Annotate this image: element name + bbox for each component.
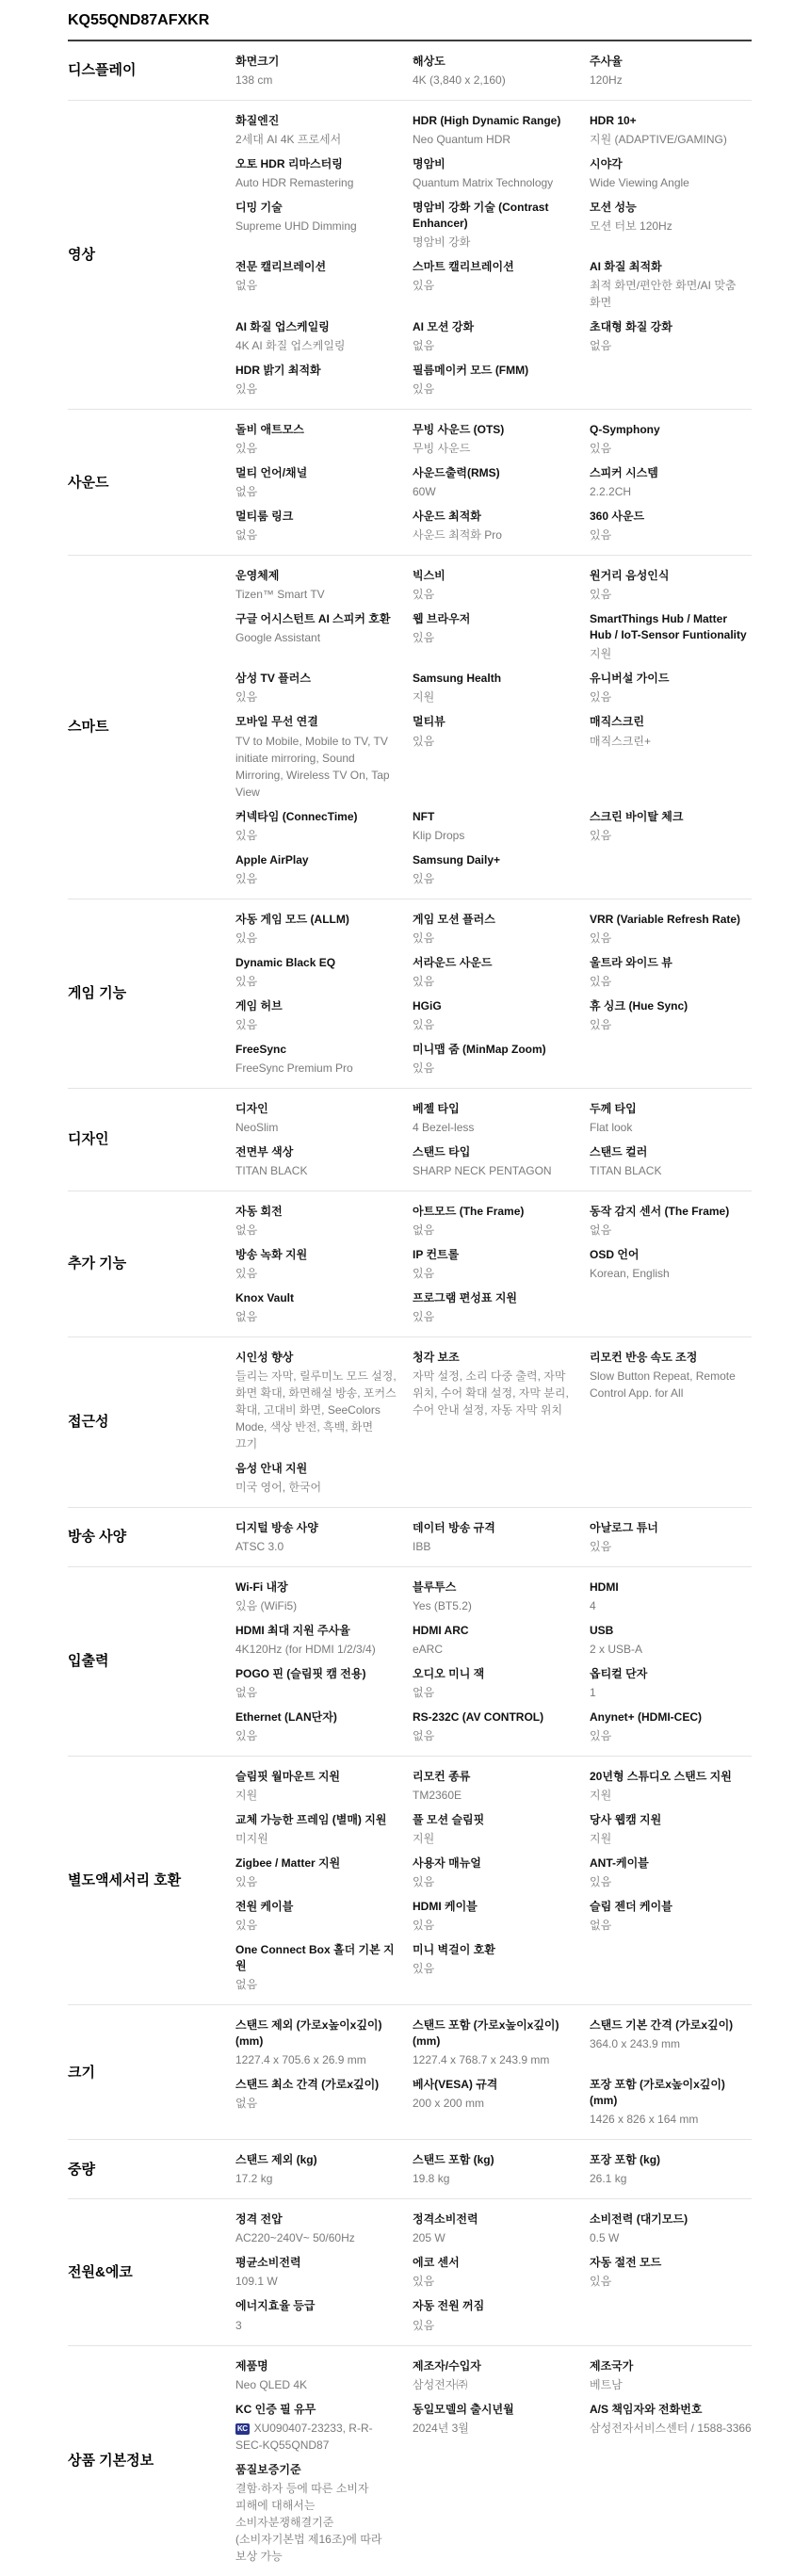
spec-value: 결함·하자 등에 따른 소비자 피해에 대해서는 소비자분쟁해결기준(소비자기본… <box>235 2480 397 2565</box>
spec-title: 전면부 색상 <box>235 1144 397 1160</box>
spec-item: 스탠드 포함 (kg)19.8 kg <box>413 2152 575 2187</box>
spec-title: 정격소비전력 <box>413 2211 575 2228</box>
spec-item: 음성 안내 지원미국 영어, 한국어 <box>235 1461 397 1496</box>
spec-value: 26.1 kg <box>590 2170 752 2187</box>
spec-item: 스탠드 타입SHARP NECK PENTAGON <box>413 1144 575 1179</box>
spec-row: 평균소비전력109.1 W에코 센서있음자동 절전 모드있음 <box>235 2255 752 2290</box>
spec-item: 블루투스Yes (BT5.2) <box>413 1580 575 1614</box>
section-content: 화면크기138 cm해상도4K (3,840 x 2,160)주사율120Hz <box>235 54 752 89</box>
spec-value: 205 W <box>413 2229 575 2246</box>
spec-value: 없음 <box>235 277 397 294</box>
spec-value: 있음 (WiFi5) <box>235 1597 397 1614</box>
spec-row: 디밍 기술Supreme UHD Dimming명암비 강화 기술 (Contr… <box>235 200 752 251</box>
spec-item: AI 화질 업스케일링4K AI 화질 업스케일링 <box>235 319 397 354</box>
spec-title: 제조자/수입자 <box>413 2358 575 2374</box>
spec-item: 방송 녹화 지원있음 <box>235 1247 397 1282</box>
spec-title: 슬림핏 월마운트 지원 <box>235 1769 397 1785</box>
spec-item: Samsung Health지원 <box>413 671 575 705</box>
spec-value: 있음 <box>235 870 397 887</box>
spec-value: 있음 <box>235 689 397 705</box>
spec-value: FreeSync Premium Pro <box>235 1060 397 1077</box>
spec-item: 화질엔진2세대 AI 4K 프로세서 <box>235 113 397 148</box>
spec-item: 모션 성능모션 터보 120Hz <box>590 200 752 251</box>
spec-value: 364.0 x 243.9 mm <box>590 2035 752 2052</box>
spec-value: 없음 <box>235 1308 397 1325</box>
spec-item: 디자인NeoSlim <box>235 1101 397 1136</box>
spec-item: 베사(VESA) 규격200 x 200 mm <box>413 2077 575 2128</box>
spec-title: 제조국가 <box>590 2358 752 2374</box>
spec-item: Zigbee / Matter 지원있음 <box>235 1855 397 1890</box>
spec-item: 슬림 젠더 케이블없음 <box>590 1899 752 1934</box>
spec-page: KQ55QND87AFXKR 디스플레이 화면크기138 cm해상도4K (3,… <box>68 0 752 2576</box>
spec-title: FreeSync <box>235 1042 397 1058</box>
spec-value: 있음 <box>590 827 752 844</box>
spec-value: 있음 <box>590 1538 752 1555</box>
spec-title: 삼성 TV 플러스 <box>235 671 397 687</box>
spec-title: 화질엔진 <box>235 113 397 129</box>
spec-row: 정격 전압AC220~240V~ 50/60Hz정격소비전력205 W소비전력 … <box>235 2211 752 2246</box>
spec-title: A/S 책임자와 전화번호 <box>590 2402 752 2418</box>
spec-title: 스탠드 최소 간격 (가로x깊이) <box>235 2077 397 2093</box>
spec-title: 동일모델의 출시년월 <box>413 2402 575 2418</box>
spec-row: 돌비 애트모스있음무빙 사운드 (OTS)무빙 사운드Q-Symphony있음 <box>235 422 752 457</box>
spec-value: 있음 <box>235 1727 397 1744</box>
spec-title: 원거리 음성인식 <box>590 568 752 584</box>
spec-item: 주사율120Hz <box>590 54 752 89</box>
spec-value: 있음 <box>590 973 752 990</box>
spec-title: 멀티 언어/채널 <box>235 465 397 481</box>
spec-value: 있음 <box>413 870 575 887</box>
spec-title: 자동 게임 모드 (ALLM) <box>235 912 397 928</box>
spec-value: 없음 <box>590 1917 752 1934</box>
section-label: 상품 기본정보 <box>68 2358 235 2565</box>
spec-item: 스크린 바이탈 체크있음 <box>590 809 752 844</box>
spec-title: 데이터 방송 규격 <box>413 1520 575 1536</box>
section-smart: 스마트 운영체제Tizen™ Smart TV빅스비있음원거리 음성인식있음구글… <box>68 556 752 899</box>
spec-item: 매직스크린매직스크린+ <box>590 714 752 800</box>
spec-title: 디지털 방송 사양 <box>235 1520 397 1536</box>
spec-item: 자동 절전 모드있음 <box>590 2255 752 2290</box>
spec-item: 빅스비있음 <box>413 568 575 603</box>
section-content: 자동 회전없음아트모드 (The Frame)없음동작 감지 센서 (The F… <box>235 1204 752 1325</box>
spec-title: 오토 HDR 리마스터링 <box>235 156 397 172</box>
spec-title: 포장 포함 (가로x높이x깊이) (mm) <box>590 2077 752 2109</box>
spec-value: 지원 <box>413 689 575 705</box>
spec-title: 평균소비전력 <box>235 2255 397 2271</box>
spec-title: 전원 케이블 <box>235 1899 397 1915</box>
spec-value: 있음 <box>413 1016 575 1033</box>
spec-value: 최적 화면/편안한 화면/AI 맞춤 화면 <box>590 277 752 311</box>
spec-value: 있음 <box>413 381 575 397</box>
section-content: 시인성 향상들리는 자막, 릴루미노 모드 설정, 화면 확대, 화면해설 방송… <box>235 1350 752 1496</box>
spec-item: 360 사운드있음 <box>590 509 752 543</box>
spec-item: 스탠드 제외 (kg)17.2 kg <box>235 2152 397 2187</box>
spec-item: 디지털 방송 사양ATSC 3.0 <box>235 1520 397 1555</box>
spec-value: 있음 <box>413 733 575 750</box>
spec-title: Anynet+ (HDMI-CEC) <box>590 1709 752 1725</box>
spec-value: 있음 <box>413 1265 575 1282</box>
spec-value: 없음 <box>235 2095 397 2112</box>
spec-value: 2세대 AI 4K 프로세서 <box>235 131 397 148</box>
spec-item: 리모컨 반응 속도 조정Slow Button Repeat, Remote C… <box>590 1350 752 1452</box>
spec-value: 있음 <box>235 1016 397 1033</box>
spec-row: One Connect Box 홀더 기본 지원없음미니 벽걸이 호환있음 <box>235 1942 752 1993</box>
section-product-info: 상품 기본정보 제품명Neo QLED 4K제조자/수입자삼성전자㈜제조국가베트… <box>68 2346 752 2576</box>
spec-item: Ethernet (LAN단자)있음 <box>235 1709 397 1744</box>
spec-title: 20년형 스튜디오 스탠드 지원 <box>590 1769 752 1785</box>
spec-value: Google Assistant <box>235 629 397 646</box>
spec-title: 휴 싱크 (Hue Sync) <box>590 998 752 1014</box>
spec-row: 음성 안내 지원미국 영어, 한국어 <box>235 1461 752 1496</box>
section-weight: 중량 스탠드 제외 (kg)17.2 kg스탠드 포함 (kg)19.8 kg포… <box>68 2140 752 2199</box>
section-label: 중량 <box>68 2152 235 2187</box>
spec-row: 스탠드 제외 (가로x높이x깊이)(mm)1227.4 x 705.6 x 26… <box>235 2017 752 2068</box>
spec-title: HDR 10+ <box>590 113 752 129</box>
spec-title: 방송 녹화 지원 <box>235 1247 397 1263</box>
spec-item: 미니맵 줌 (MinMap Zoom)있음 <box>413 1042 575 1077</box>
spec-item: 유니버설 가이드있음 <box>590 671 752 705</box>
spec-title: 360 사운드 <box>590 509 752 525</box>
spec-row: 삼성 TV 플러스있음Samsung Health지원유니버설 가이드있음 <box>235 671 752 705</box>
spec-value: 있음 <box>413 1917 575 1934</box>
spec-row: 품질보증기준결함·하자 등에 따른 소비자 피해에 대해서는 소비자분쟁해결기준… <box>235 2462 752 2565</box>
spec-title: 시야각 <box>590 156 752 172</box>
spec-value: 자막 설정, 소리 다중 출력, 자막 위치, 수어 확대 설정, 자막 분리,… <box>413 1368 575 1418</box>
spec-item: HDMI 케이블있음 <box>413 1899 575 1934</box>
spec-item: HDMI4 <box>590 1580 752 1614</box>
spec-row: 방송 녹화 지원있음IP 컨트롤있음OSD 언어Korean, English <box>235 1247 752 1282</box>
spec-title: 매직스크린 <box>590 714 752 730</box>
spec-item: 풀 모션 슬림핏지원 <box>413 1812 575 1847</box>
spec-value: ATSC 3.0 <box>235 1538 397 1555</box>
spec-row: 게임 허브있음HGiG있음휴 싱크 (Hue Sync)있음 <box>235 998 752 1033</box>
spec-value: Quantum Matrix Technology <box>413 174 575 191</box>
section-label: 스마트 <box>68 568 235 886</box>
spec-item: NFTKlip Drops <box>413 809 575 844</box>
spec-item: 에코 센서있음 <box>413 2255 575 2290</box>
spec-value: 지원 (ADAPTIVE/GAMING) <box>590 131 752 148</box>
spec-value: 4 <box>590 1597 752 1614</box>
spec-row: KC 인증 필 유무KCXU090407-23233, R-R-SEC-KQ55… <box>235 2402 752 2454</box>
spec-title: 디밍 기술 <box>235 200 397 216</box>
section-label: 영상 <box>68 113 235 397</box>
section-content: 스탠드 제외 (가로x높이x깊이)(mm)1227.4 x 705.6 x 26… <box>235 2017 752 2128</box>
spec-row: 교체 가능한 프레임 (별매) 지원미지원풀 모션 슬림핏지원당사 웹캠 지원지… <box>235 1812 752 1847</box>
page-title: KQ55QND87AFXKR <box>68 0 752 41</box>
section-content: 화질엔진2세대 AI 4K 프로세서HDR (High Dynamic Rang… <box>235 113 752 397</box>
spec-title: SmartThings Hub / Matter Hub / IoT-Senso… <box>590 611 752 643</box>
kc-certification-icon: KC <box>235 2423 250 2435</box>
section-content: 스탠드 제외 (kg)17.2 kg스탠드 포함 (kg)19.8 kg포장 포… <box>235 2152 752 2187</box>
spec-row: AI 화질 업스케일링4K AI 화질 업스케일링AI 모션 강화없음초대형 화… <box>235 319 752 354</box>
section-content: Wi-Fi 내장있음 (WiFi5)블루투스Yes (BT5.2)HDMI4HD… <box>235 1580 752 1744</box>
spec-value: 있음 <box>590 527 752 543</box>
spec-title: 소비전력 (대기모드) <box>590 2211 752 2228</box>
spec-item: ANT-케이블있음 <box>590 1855 752 1890</box>
spec-item: 당사 웹캠 지원지원 <box>590 1812 752 1847</box>
spec-row: 자동 회전없음아트모드 (The Frame)없음동작 감지 센서 (The F… <box>235 1204 752 1239</box>
spec-title: 자동 회전 <box>235 1204 397 1220</box>
spec-value: KCXU090407-23233, R-R-SEC-KQ55QND87 <box>235 2420 397 2454</box>
spec-value: Klip Drops <box>413 827 575 844</box>
spec-value: 있음 <box>413 973 575 990</box>
spec-value: 사운드 최적화 Pro <box>413 527 575 543</box>
spec-value: 베트남 <box>590 2376 752 2393</box>
spec-value: 200 x 200 mm <box>413 2095 575 2112</box>
section-sound: 사운드 돌비 애트모스있음무빙 사운드 (OTS)무빙 사운드Q-Symphon… <box>68 410 752 556</box>
spec-item: A/S 책임자와 전화번호삼성전자서비스센터 / 1588-3366 <box>590 2402 752 2454</box>
spec-item: 시야각Wide Viewing Angle <box>590 156 752 191</box>
spec-title: 해상도 <box>413 54 575 70</box>
spec-item: 필름메이커 모드 (FMM)있음 <box>413 363 575 397</box>
section-content: 돌비 애트모스있음무빙 사운드 (OTS)무빙 사운드Q-Symphony있음멀… <box>235 422 752 543</box>
spec-title: 서라운드 사운드 <box>413 955 575 971</box>
section-label: 방송 사양 <box>68 1520 235 1555</box>
spec-item: 전문 캘리브레이션없음 <box>235 259 397 311</box>
spec-item: 아날로그 튜너있음 <box>590 1520 752 1555</box>
section-video: 영상 화질엔진2세대 AI 4K 프로세서HDR (High Dynamic R… <box>68 101 752 410</box>
spec-item: 운영체제Tizen™ Smart TV <box>235 568 397 603</box>
spec-row: Zigbee / Matter 지원있음사용자 매뉴얼있음ANT-케이블있음 <box>235 1855 752 1890</box>
spec-title: 돌비 애트모스 <box>235 422 397 438</box>
spec-item: 20년형 스튜디오 스탠드 지원지원 <box>590 1769 752 1804</box>
spec-row: 화면크기138 cm해상도4K (3,840 x 2,160)주사율120Hz <box>235 54 752 89</box>
spec-value: 있음 <box>413 586 575 603</box>
spec-item: Samsung Daily+있음 <box>413 852 575 887</box>
spec-title: HDMI 최대 지원 주사율 <box>235 1623 397 1639</box>
spec-title: 블루투스 <box>413 1580 575 1596</box>
spec-row: 시인성 향상들리는 자막, 릴루미노 모드 설정, 화면 확대, 화면해설 방송… <box>235 1350 752 1452</box>
spec-value: 지원 <box>590 1787 752 1804</box>
spec-item: 아트모드 (The Frame)없음 <box>413 1204 575 1239</box>
spec-item: FreeSyncFreeSync Premium Pro <box>235 1042 397 1077</box>
spec-value: eARC <box>413 1641 575 1658</box>
spec-title: Ethernet (LAN단자) <box>235 1709 397 1725</box>
spec-item: 포장 포함 (kg)26.1 kg <box>590 2152 752 2187</box>
section-design: 디자인 디자인NeoSlim베젤 타입4 Bezel-less두께 타입Flat… <box>68 1089 752 1191</box>
spec-value: 미지원 <box>235 1830 397 1847</box>
section-broadcast: 방송 사양 디지털 방송 사양ATSC 3.0데이터 방송 규격IBB아날로그 … <box>68 1508 752 1567</box>
spec-item: 초대형 화질 강화없음 <box>590 319 752 354</box>
spec-value: 없음 <box>235 1222 397 1239</box>
spec-item: IP 컨트롤있음 <box>413 1247 575 1282</box>
spec-value: 4K AI 화질 업스케일링 <box>235 337 397 354</box>
spec-title: 게임 모션 플러스 <box>413 912 575 928</box>
spec-row: 슬림핏 월마운트 지원지원리모컨 종류TM2360E20년형 스튜디오 스탠드 … <box>235 1769 752 1804</box>
spec-item: 멀티뷰있음 <box>413 714 575 800</box>
spec-title: HDR (High Dynamic Range) <box>413 113 575 129</box>
spec-value: 있음 <box>590 1016 752 1033</box>
spec-value: 없음 <box>413 1684 575 1701</box>
spec-row: 모바일 무선 연결TV to Mobile, Mobile to TV, TV … <box>235 714 752 800</box>
spec-value: Yes (BT5.2) <box>413 1597 575 1614</box>
spec-item: OSD 언어Korean, English <box>590 1247 752 1282</box>
spec-value: 없음 <box>590 1222 752 1239</box>
spec-item: 슬림핏 월마운트 지원지원 <box>235 1769 397 1804</box>
spec-item: SmartThings Hub / Matter Hub / IoT-Senso… <box>590 611 752 662</box>
spec-value: 19.8 kg <box>413 2170 575 2187</box>
spec-value: 있음 <box>590 586 752 603</box>
spec-row: 화질엔진2세대 AI 4K 프로세서HDR (High Dynamic Rang… <box>235 113 752 148</box>
spec-item: USB2 x USB-A <box>590 1623 752 1658</box>
spec-title: Wi-Fi 내장 <box>235 1580 397 1596</box>
spec-item: 게임 모션 플러스있음 <box>413 912 575 947</box>
spec-value: 138 cm <box>235 72 397 89</box>
spec-title: 빅스비 <box>413 568 575 584</box>
spec-value: 1426 x 826 x 164 mm <box>590 2111 752 2128</box>
spec-item: 평균소비전력109.1 W <box>235 2255 397 2290</box>
spec-item: 게임 허브있음 <box>235 998 397 1033</box>
spec-value: IBB <box>413 1538 575 1555</box>
spec-value: 있음 <box>235 381 397 397</box>
spec-title: 미니 벽걸이 호환 <box>413 1942 575 1958</box>
spec-title: 명암비 강화 기술 (Contrast Enhancer) <box>413 200 575 232</box>
spec-title: IP 컨트롤 <box>413 1247 575 1263</box>
spec-value: 있음 <box>235 827 397 844</box>
spec-title: 무빙 사운드 (OTS) <box>413 422 575 438</box>
spec-title: AI 화질 최적화 <box>590 259 752 275</box>
spec-value: 0.5 W <box>590 2229 752 2246</box>
spec-row: 전원 케이블있음HDMI 케이블있음슬림 젠더 케이블없음 <box>235 1899 752 1934</box>
spec-value: 없음 <box>413 337 575 354</box>
section-content: 자동 게임 모드 (ALLM)있음게임 모션 플러스있음VRR (Variabl… <box>235 912 752 1077</box>
spec-title: Samsung Daily+ <box>413 852 575 868</box>
spec-title: 품질보증기준 <box>235 2462 397 2478</box>
spec-value: 매직스크린+ <box>590 733 752 750</box>
spec-title: Q-Symphony <box>590 422 752 438</box>
spec-item: 품질보증기준결함·하자 등에 따른 소비자 피해에 대해서는 소비자분쟁해결기준… <box>235 2462 397 2565</box>
spec-title: 초대형 화질 강화 <box>590 319 752 335</box>
spec-item: One Connect Box 홀더 기본 지원없음 <box>235 1942 397 1993</box>
spec-value: 60W <box>413 483 575 500</box>
section-content: 슬림핏 월마운트 지원지원리모컨 종류TM2360E20년형 스튜디오 스탠드 … <box>235 1769 752 1993</box>
section-label: 디자인 <box>68 1101 235 1179</box>
spec-value: Auto HDR Remastering <box>235 174 397 191</box>
spec-row: Wi-Fi 내장있음 (WiFi5)블루투스Yes (BT5.2)HDMI4 <box>235 1580 752 1614</box>
spec-value: 있음 <box>590 689 752 705</box>
spec-item: 정격 전압AC220~240V~ 50/60Hz <box>235 2211 397 2246</box>
spec-item: 스탠드 기본 간격 (가로x깊이)364.0 x 243.9 mm <box>590 2017 752 2068</box>
spec-item: POGO 핀 (슬림핏 캠 전용)없음 <box>235 1666 397 1701</box>
spec-item: 옵티컬 단자1 <box>590 1666 752 1701</box>
spec-item: 스피커 시스템2.2.2CH <box>590 465 752 500</box>
spec-item: 모바일 무선 연결TV to Mobile, Mobile to TV, TV … <box>235 714 397 800</box>
spec-item: 스마트 캘리브레이션있음 <box>413 259 575 311</box>
spec-title: KC 인증 필 유무 <box>235 2402 397 2418</box>
spec-value: 있음 <box>413 1960 575 1977</box>
spec-item: 베젤 타입4 Bezel-less <box>413 1101 575 1136</box>
spec-value: 있음 <box>235 1265 397 1282</box>
spec-item: 제조국가베트남 <box>590 2358 752 2393</box>
spec-item: Dynamic Black EQ있음 <box>235 955 397 990</box>
spec-row: 디자인NeoSlim베젤 타입4 Bezel-less두께 타입Flat loo… <box>235 1101 752 1136</box>
spec-value: 삼성전자㈜ <box>413 2376 575 2393</box>
spec-value: 있음 <box>413 629 575 646</box>
spec-item: 두께 타입Flat look <box>590 1101 752 1136</box>
spec-item: 스탠드 제외 (가로x높이x깊이)(mm)1227.4 x 705.6 x 26… <box>235 2017 397 2068</box>
spec-title: 오디오 미니 잭 <box>413 1666 575 1682</box>
spec-item: 스탠드 컬러TITAN BLACK <box>590 1144 752 1179</box>
spec-item: Apple AirPlay있음 <box>235 852 397 887</box>
spec-value: 있음 <box>590 930 752 947</box>
spec-title: 스피커 시스템 <box>590 465 752 481</box>
spec-value: SHARP NECK PENTAGON <box>413 1162 575 1179</box>
spec-value: 1 <box>590 1684 752 1701</box>
spec-item: 사운드 최적화사운드 최적화 Pro <box>413 509 575 543</box>
spec-item: 사운드출력(RMS)60W <box>413 465 575 500</box>
spec-item: AI 화질 최적화최적 화면/편안한 화면/AI 맞춤 화면 <box>590 259 752 311</box>
spec-title: 슬림 젠더 케이블 <box>590 1899 752 1915</box>
spec-value: 들리는 자막, 릴루미노 모드 설정, 화면 확대, 화면해설 방송, 포커스 … <box>235 1368 397 1452</box>
spec-item: 시인성 향상들리는 자막, 릴루미노 모드 설정, 화면 확대, 화면해설 방송… <box>235 1350 397 1452</box>
spec-value: 무빙 사운드 <box>413 440 575 457</box>
spec-title: 모바일 무선 연결 <box>235 714 397 730</box>
spec-value: 있음 <box>235 1917 397 1934</box>
spec-title: 스탠드 기본 간격 (가로x깊이) <box>590 2017 752 2033</box>
spec-title: 구글 어시스턴트 AI 스피커 호환 <box>235 611 397 627</box>
spec-item: 포장 포함 (가로x높이x깊이) (mm)1426 x 826 x 164 mm <box>590 2077 752 2128</box>
spec-value: 지원 <box>590 1830 752 1847</box>
spec-title: 스마트 캘리브레이션 <box>413 259 575 275</box>
spec-title: 디자인 <box>235 1101 397 1117</box>
spec-row: Knox Vault없음프로그램 편성표 지원있음 <box>235 1290 752 1325</box>
spec-item: 자동 전원 꺼짐있음 <box>413 2298 575 2333</box>
spec-item: 전면부 색상TITAN BLACK <box>235 1144 397 1179</box>
spec-value: 있음 <box>413 2273 575 2290</box>
spec-title: 시인성 향상 <box>235 1350 397 1366</box>
spec-value: Neo QLED 4K <box>235 2376 397 2393</box>
spec-title: 게임 허브 <box>235 998 397 1014</box>
spec-item: 울트라 와이드 뷰있음 <box>590 955 752 990</box>
spec-value: 미국 영어, 한국어 <box>235 1479 397 1496</box>
section-accessibility: 접근성 시인성 향상들리는 자막, 릴루미노 모드 설정, 화면 확대, 화면해… <box>68 1337 752 1508</box>
spec-value: 2024년 3월 <box>413 2420 575 2437</box>
spec-value: 있음 <box>413 1873 575 1890</box>
spec-title: 멀티룸 링크 <box>235 509 397 525</box>
spec-row: Dynamic Black EQ있음서라운드 사운드있음울트라 와이드 뷰있음 <box>235 955 752 990</box>
spec-title: 두께 타입 <box>590 1101 752 1117</box>
spec-title: 교체 가능한 프레임 (별매) 지원 <box>235 1812 397 1828</box>
spec-item: 프로그램 편성표 지원있음 <box>413 1290 575 1325</box>
spec-title: 에너지효율 등급 <box>235 2298 397 2314</box>
spec-title: HDMI <box>590 1580 752 1596</box>
section-accessory-compat: 별도액세서리 호환 슬림핏 월마운트 지원지원리모컨 종류TM2360E20년형… <box>68 1757 752 2005</box>
spec-item: 명암비Quantum Matrix Technology <box>413 156 575 191</box>
spec-item: HDR 밝기 최적화있음 <box>235 363 397 397</box>
spec-item: 제품명Neo QLED 4K <box>235 2358 397 2393</box>
spec-item: 동작 감지 센서 (The Frame)없음 <box>590 1204 752 1239</box>
spec-value: 없음 <box>235 527 397 543</box>
spec-title: 화면크기 <box>235 54 397 70</box>
spec-item: 교체 가능한 프레임 (별매) 지원미지원 <box>235 1812 397 1847</box>
spec-title: 사운드출력(RMS) <box>413 465 575 481</box>
spec-value: 모션 터보 120Hz <box>590 218 752 235</box>
spec-value: 1227.4 x 705.6 x 26.9 mm <box>235 2051 397 2068</box>
spec-title: 리모컨 반응 속도 조정 <box>590 1350 752 1366</box>
spec-title: POGO 핀 (슬림핏 캠 전용) <box>235 1666 397 1682</box>
spec-title: 베젤 타입 <box>413 1101 575 1117</box>
spec-value: TITAN BLACK <box>590 1162 752 1179</box>
spec-title: Knox Vault <box>235 1290 397 1306</box>
spec-title: Zigbee / Matter 지원 <box>235 1855 397 1871</box>
section-game: 게임 기능 자동 게임 모드 (ALLM)있음게임 모션 플러스있음VRR (V… <box>68 899 752 1089</box>
spec-title: HDR 밝기 최적화 <box>235 363 397 379</box>
spec-item: 서라운드 사운드있음 <box>413 955 575 990</box>
spec-title: NFT <box>413 809 575 825</box>
spec-value: Wide Viewing Angle <box>590 174 752 191</box>
spec-row: 구글 어시스턴트 AI 스피커 호환Google Assistant웹 브라우저… <box>235 611 752 662</box>
section-label: 디스플레이 <box>68 54 235 89</box>
